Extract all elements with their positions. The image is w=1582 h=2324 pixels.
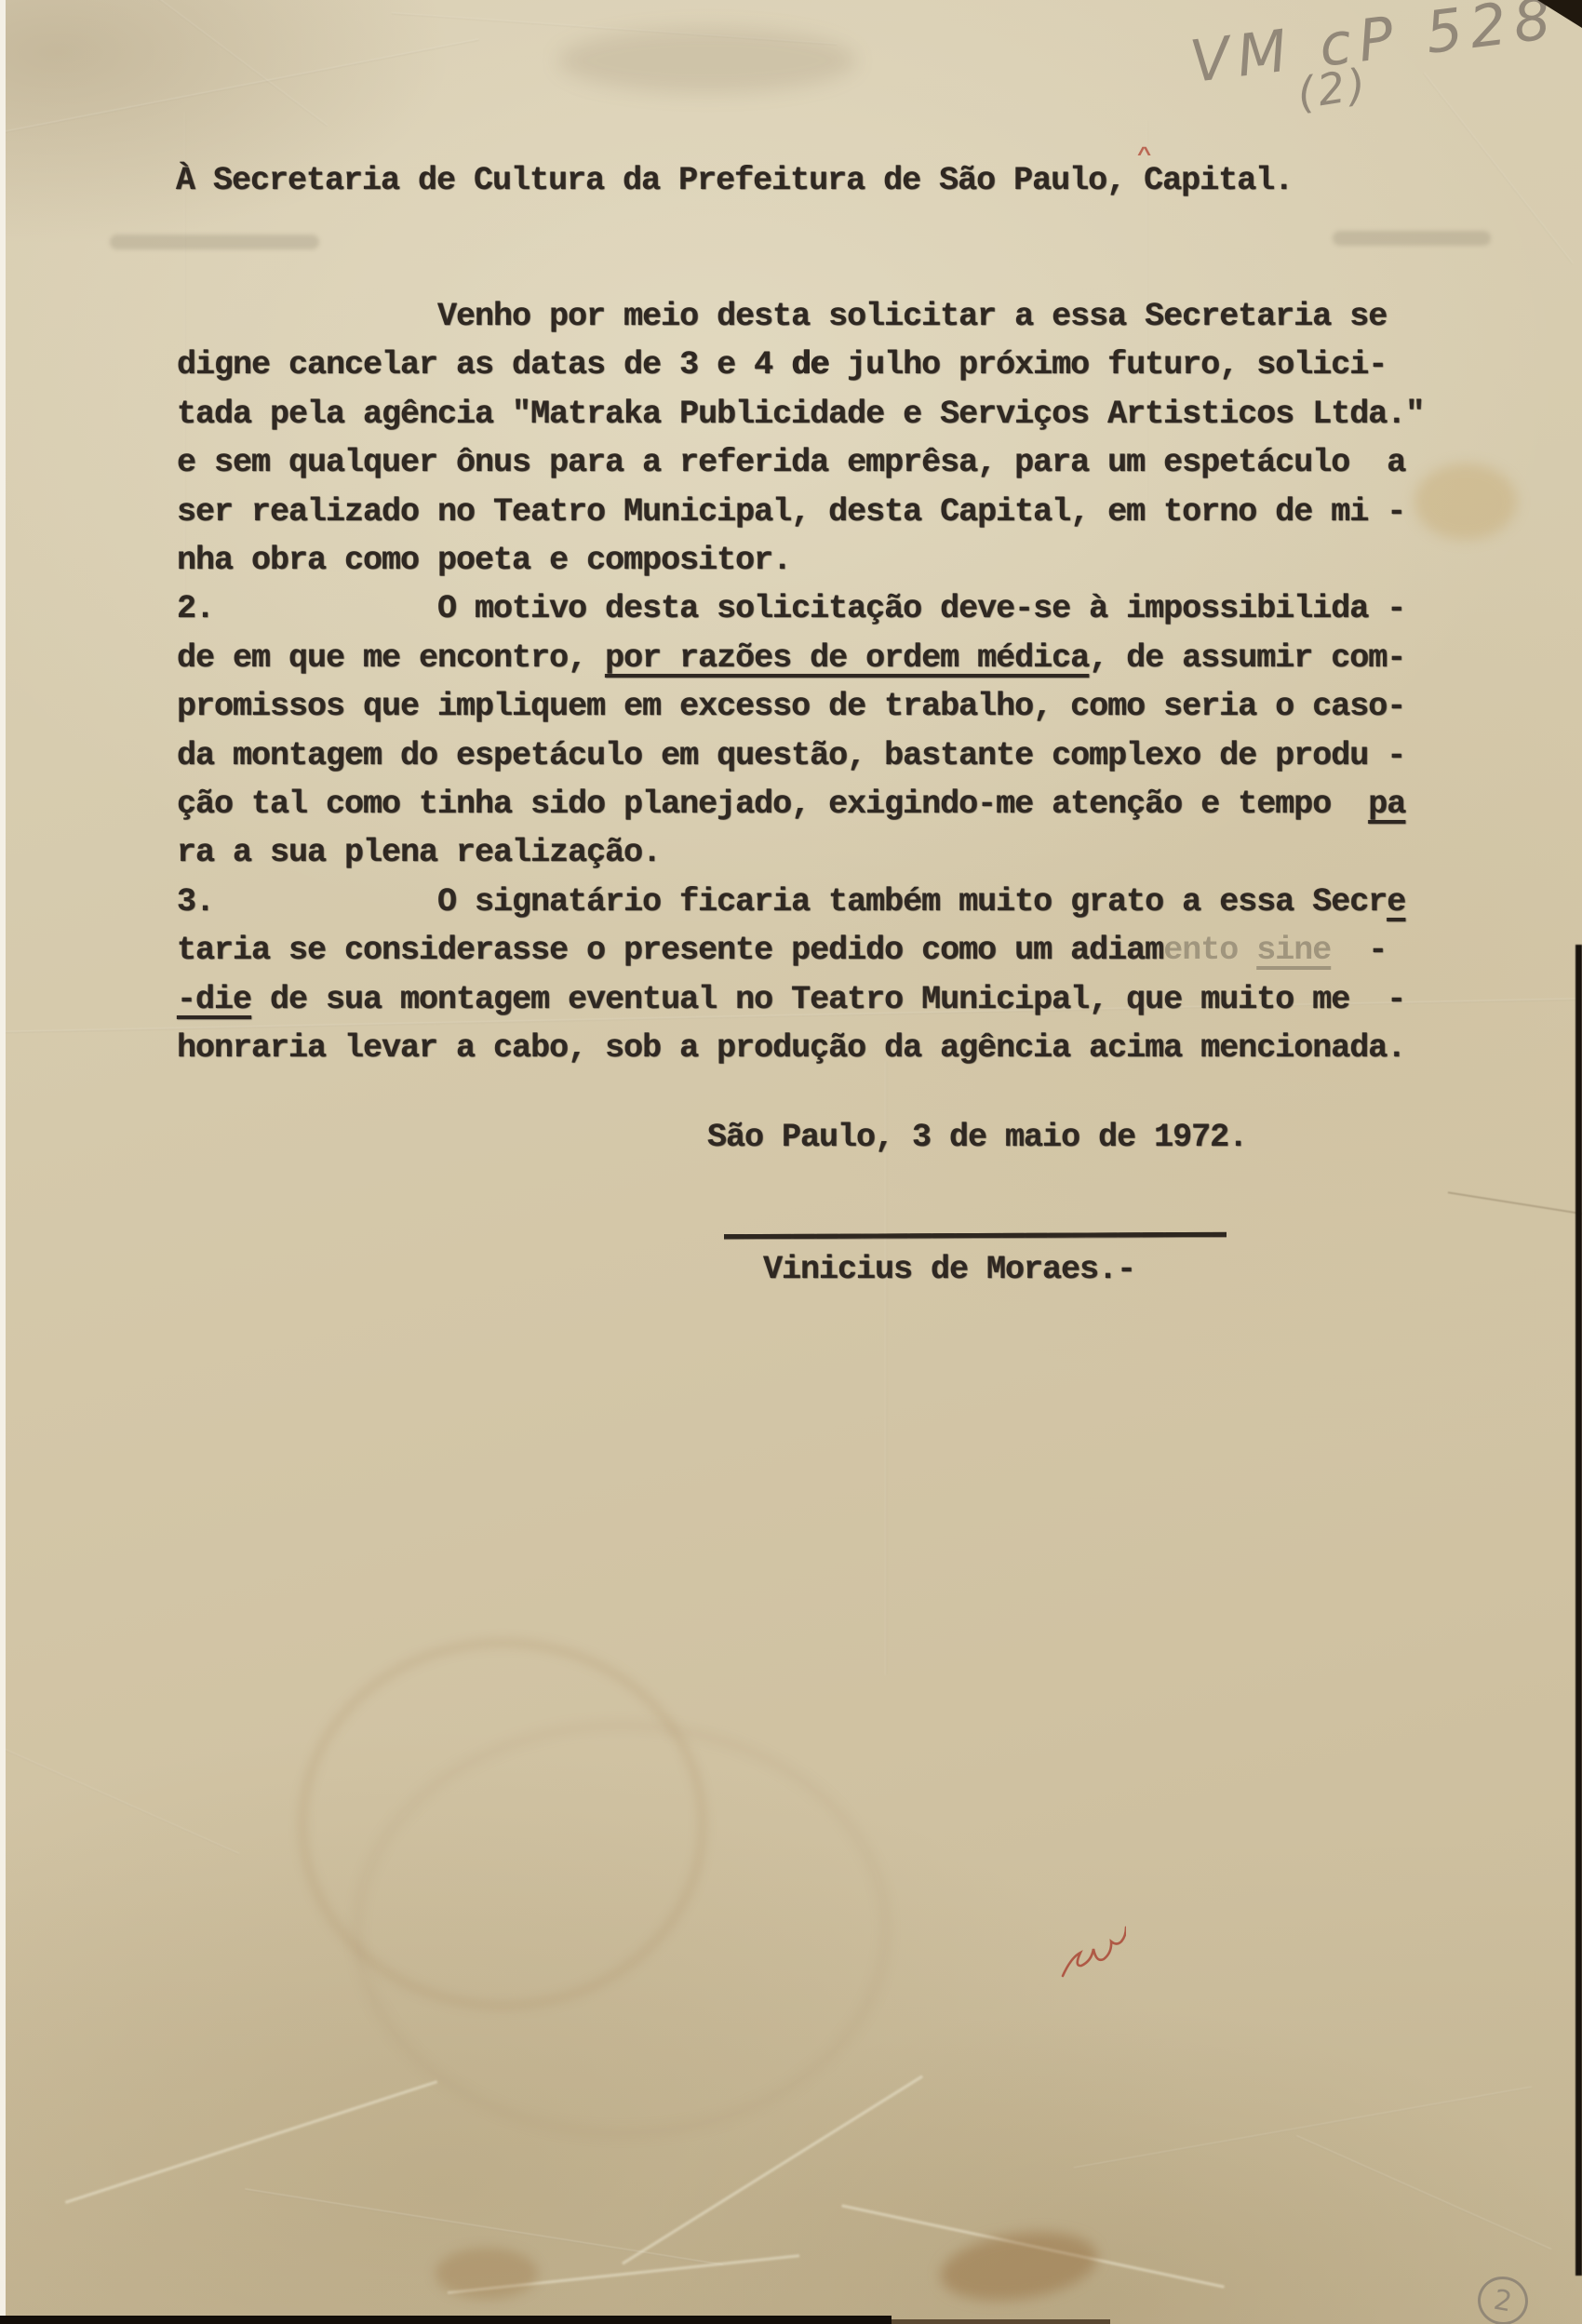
- letter-date: São Paulo, 3 de maio de 1972.: [707, 1113, 1247, 1162]
- letter-line: ção tal como tinha sido planejado, exigi…: [177, 780, 1424, 828]
- letter-line: da montagem do espetáculo em questão, ba…: [177, 732, 1424, 780]
- letter-line: tada pela agência "Matraka Publicidade e…: [177, 390, 1424, 438]
- letter-line: taria se considerasse o presente pedido …: [177, 926, 1424, 974]
- letter-line: ser realizado no Teatro Municipal, desta…: [177, 488, 1424, 536]
- letter-line: 3. O signatário ficaria também muito gra…: [177, 878, 1424, 926]
- scan-corner-top-right: [1537, 0, 1582, 28]
- stain: [436, 2248, 538, 2299]
- letter-body: Venho por meio desta solicitar a essa Se…: [177, 292, 1424, 1073]
- scanned-letter-page: À Secretaria de Cultura da Prefeitura de…: [0, 0, 1582, 2324]
- letter-line: digne cancelar as datas de 3 e 4 de julh…: [177, 341, 1424, 389]
- ring-stain: [354, 1722, 890, 2137]
- scan-edge-right: [1575, 945, 1582, 2276]
- scan-edge-bottom-stain: [892, 2319, 1110, 2324]
- letter-line: promissos que impliquem em excesso de tr…: [177, 682, 1424, 731]
- letter-heading: À Secretaria de Cultura da Prefeitura de…: [176, 156, 1293, 205]
- red-caret-mark: ^: [1137, 144, 1152, 167]
- scan-edge-left: [0, 0, 6, 2324]
- letter-line: honraria levar a cabo, sob a produção da…: [177, 1024, 1424, 1072]
- letter-line: de em que me encontro, por razões de ord…: [177, 634, 1424, 682]
- letter-line: 2. O motivo desta solicitação deve-se à …: [177, 584, 1424, 633]
- bleed-through-text: [110, 235, 319, 249]
- signature-name: Vinicius de Moraes.-: [763, 1245, 1135, 1294]
- letter-line: Venho por meio desta solicitar a essa Se…: [177, 292, 1424, 341]
- stain: [1414, 463, 1517, 540]
- letter-line: nha obra como poeta e compositor.: [177, 536, 1424, 584]
- circled-page-number-value: 2: [1492, 2283, 1515, 2318]
- letter-line: -die de sua montagem eventual no Teatro …: [177, 975, 1424, 1024]
- paper-corner-shading: [0, 0, 484, 261]
- bleed-through-text: [1333, 231, 1491, 246]
- scan-edge-bottom: [0, 2316, 892, 2324]
- letter-line: ra a sua plena realização.: [177, 828, 1424, 877]
- red-ink-scribble: [1052, 1875, 1126, 1987]
- letter-line: e sem qualquer ônus para a referida empr…: [177, 438, 1424, 487]
- stain: [558, 28, 856, 93]
